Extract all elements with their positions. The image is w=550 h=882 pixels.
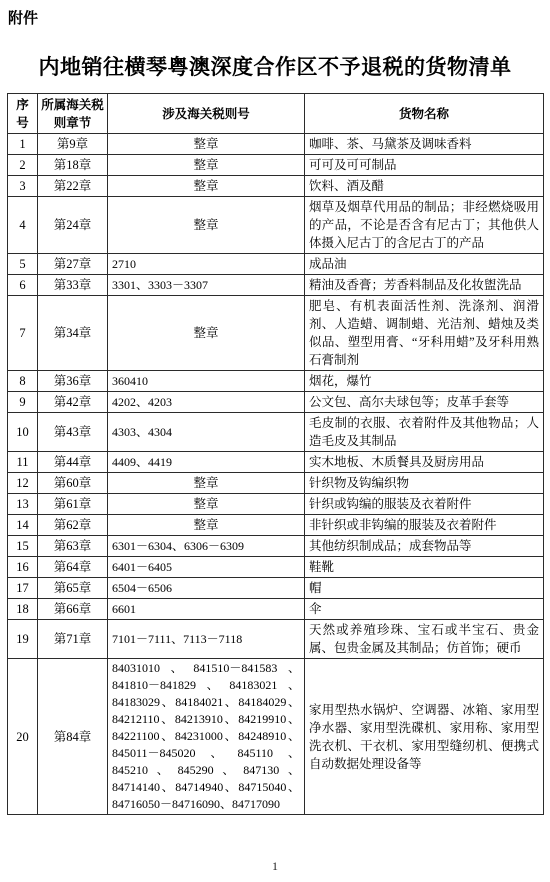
goods-cell: 公文包、高尔夫球包等；皮革手套等 bbox=[305, 392, 544, 413]
table-row: 7 第34章 整章 肥皂、有机表面活性剂、洗涤剂、润滑剂、人造蜡、调制蜡、光洁剂… bbox=[8, 296, 544, 371]
chapter-cell: 第18章 bbox=[38, 155, 108, 176]
table-row: 17 第65章 6504－6506 帽 bbox=[8, 578, 544, 599]
goods-cell: 烟草及烟草代用品的制品；非经燃烧吸用的产品，不论是否含有尼古丁；其他供人体摄入尼… bbox=[305, 197, 544, 254]
chapter-cell: 第84章 bbox=[38, 659, 108, 815]
chapter-cell: 第66章 bbox=[38, 599, 108, 620]
row-number-cell: 13 bbox=[8, 494, 38, 515]
codes-cell: 整章 bbox=[108, 494, 305, 515]
chapter-cell: 第27章 bbox=[38, 254, 108, 275]
table-row: 6 第33章 3301、3303－3307 精油及香膏；芳香料制品及化妆盥洗品 bbox=[8, 275, 544, 296]
row-number-cell: 17 bbox=[8, 578, 38, 599]
row-number-cell: 18 bbox=[8, 599, 38, 620]
codes-cell: 2710 bbox=[108, 254, 305, 275]
row-number-cell: 1 bbox=[8, 134, 38, 155]
goods-cell: 实木地板、木质餐具及厨房用品 bbox=[305, 452, 544, 473]
header-goods-name: 货物名称 bbox=[305, 94, 544, 134]
table-row: 9 第42章 4202、4203 公文包、高尔夫球包等；皮革手套等 bbox=[8, 392, 544, 413]
chapter-cell: 第24章 bbox=[38, 197, 108, 254]
chapter-cell: 第63章 bbox=[38, 536, 108, 557]
row-number-cell: 2 bbox=[8, 155, 38, 176]
table-header-row: 序号 所属海关税则章节 涉及海关税则号 货物名称 bbox=[8, 94, 544, 134]
table-row: 18 第66章 6601 伞 bbox=[8, 599, 544, 620]
codes-cell: 整章 bbox=[108, 155, 305, 176]
row-number-cell: 6 bbox=[8, 275, 38, 296]
goods-cell: 可可及可可制品 bbox=[305, 155, 544, 176]
row-number-cell: 19 bbox=[8, 620, 38, 659]
goods-cell: 针织物及钩编织物 bbox=[305, 473, 544, 494]
row-number-cell: 7 bbox=[8, 296, 38, 371]
table-row: 3 第22章 整章 饮料、酒及醋 bbox=[8, 176, 544, 197]
header-tariff-codes: 涉及海关税则号 bbox=[108, 94, 305, 134]
chapter-cell: 第60章 bbox=[38, 473, 108, 494]
goods-cell: 咖啡、茶、马黛茶及调味香料 bbox=[305, 134, 544, 155]
row-number-cell: 15 bbox=[8, 536, 38, 557]
codes-cell: 6504－6506 bbox=[108, 578, 305, 599]
chapter-cell: 第43章 bbox=[38, 413, 108, 452]
table-row: 8 第36章 360410 烟花，爆竹 bbox=[8, 371, 544, 392]
attachment-label: 附件 bbox=[8, 7, 38, 28]
chapter-cell: 第22章 bbox=[38, 176, 108, 197]
row-number-cell: 10 bbox=[8, 413, 38, 452]
chapter-cell: 第33章 bbox=[38, 275, 108, 296]
goods-cell: 家用型热水锅炉、空调器、冰箱、家用型净水器、家用型洗碟机、家用称、家用型洗衣机、… bbox=[305, 659, 544, 815]
row-number-cell: 16 bbox=[8, 557, 38, 578]
chapter-cell: 第65章 bbox=[38, 578, 108, 599]
table-row: 2 第18章 整章 可可及可可制品 bbox=[8, 155, 544, 176]
codes-cell: 整章 bbox=[108, 515, 305, 536]
chapter-cell: 第9章 bbox=[38, 134, 108, 155]
codes-cell: 360410 bbox=[108, 371, 305, 392]
goods-cell: 精油及香膏；芳香料制品及化妆盥洗品 bbox=[305, 275, 544, 296]
page-title: 内地销往横琴粤澳深度合作区不予退税的货物清单 bbox=[0, 51, 550, 81]
codes-cell: 整章 bbox=[108, 134, 305, 155]
page-number: 1 bbox=[0, 859, 550, 874]
goods-cell: 针织或钩编的服装及衣着附件 bbox=[305, 494, 544, 515]
row-number-cell: 20 bbox=[8, 659, 38, 815]
table-row: 14 第62章 整章 非针织或非钩编的服装及衣着附件 bbox=[8, 515, 544, 536]
goods-cell: 伞 bbox=[305, 599, 544, 620]
table-row: 10 第43章 4303、4304 毛皮制的衣服、衣着附件及其他物品；人造毛皮及… bbox=[8, 413, 544, 452]
goods-cell: 鞋靴 bbox=[305, 557, 544, 578]
chapter-cell: 第64章 bbox=[38, 557, 108, 578]
chapter-cell: 第71章 bbox=[38, 620, 108, 659]
header-customs-chapter: 所属海关税则章节 bbox=[38, 94, 108, 134]
row-number-cell: 3 bbox=[8, 176, 38, 197]
row-number-cell: 14 bbox=[8, 515, 38, 536]
goods-cell: 毛皮制的衣服、衣着附件及其他物品；人造毛皮及其制品 bbox=[305, 413, 544, 452]
row-number-cell: 4 bbox=[8, 197, 38, 254]
chapter-cell: 第34章 bbox=[38, 296, 108, 371]
row-number-cell: 8 bbox=[8, 371, 38, 392]
codes-cell: 整章 bbox=[108, 176, 305, 197]
codes-cell: 4303、4304 bbox=[108, 413, 305, 452]
codes-cell: 整章 bbox=[108, 197, 305, 254]
row-number-cell: 11 bbox=[8, 452, 38, 473]
codes-cell: 7101－7111、7113－7118 bbox=[108, 620, 305, 659]
goods-cell: 天然或养殖珍珠、宝石或半宝石、贵金属、包贵金属及其制品；仿首饰；硬币 bbox=[305, 620, 544, 659]
codes-cell: 整章 bbox=[108, 296, 305, 371]
document-page: 附件 内地销往横琴粤澳深度合作区不予退税的货物清单 序号 所属海关税则章节 涉及… bbox=[0, 0, 550, 882]
goods-cell: 成品油 bbox=[305, 254, 544, 275]
codes-cell: 4409、4419 bbox=[108, 452, 305, 473]
row-number-cell: 12 bbox=[8, 473, 38, 494]
chapter-cell: 第44章 bbox=[38, 452, 108, 473]
table-row: 5 第27章 2710 成品油 bbox=[8, 254, 544, 275]
codes-cell: 84031010、841510－841583、841810－841829、841… bbox=[108, 659, 305, 815]
table-row: 13 第61章 整章 针织或钩编的服装及衣着附件 bbox=[8, 494, 544, 515]
codes-cell: 6601 bbox=[108, 599, 305, 620]
table-row: 20 第84章 84031010、841510－841583、841810－84… bbox=[8, 659, 544, 815]
table-row: 19 第71章 7101－7111、7113－7118 天然或养殖珍珠、宝石或半… bbox=[8, 620, 544, 659]
chapter-cell: 第61章 bbox=[38, 494, 108, 515]
row-number-cell: 5 bbox=[8, 254, 38, 275]
table-row: 1 第9章 整章 咖啡、茶、马黛茶及调味香料 bbox=[8, 134, 544, 155]
table-row: 16 第64章 6401－6405 鞋靴 bbox=[8, 557, 544, 578]
goods-cell: 非针织或非钩编的服装及衣着附件 bbox=[305, 515, 544, 536]
goods-cell: 肥皂、有机表面活性剂、洗涤剂、润滑剂、人造蜡、调制蜡、光洁剂、蜡烛及类似品、塑型… bbox=[305, 296, 544, 371]
codes-cell: 6301－6304、6306－6309 bbox=[108, 536, 305, 557]
chapter-cell: 第62章 bbox=[38, 515, 108, 536]
codes-cell: 4202、4203 bbox=[108, 392, 305, 413]
table-row: 15 第63章 6301－6304、6306－6309 其他纺织制成品；成套物品… bbox=[8, 536, 544, 557]
row-number-cell: 9 bbox=[8, 392, 38, 413]
table-row: 12 第60章 整章 针织物及钩编织物 bbox=[8, 473, 544, 494]
goods-cell: 饮料、酒及醋 bbox=[305, 176, 544, 197]
codes-cell: 6401－6405 bbox=[108, 557, 305, 578]
table-row: 4 第24章 整章 烟草及烟草代用品的制品；非经燃烧吸用的产品，不论是否含有尼古… bbox=[8, 197, 544, 254]
goods-cell: 其他纺织制成品；成套物品等 bbox=[305, 536, 544, 557]
goods-cell: 烟花，爆竹 bbox=[305, 371, 544, 392]
chapter-cell: 第36章 bbox=[38, 371, 108, 392]
codes-cell: 3301、3303－3307 bbox=[108, 275, 305, 296]
header-serial-number: 序号 bbox=[8, 94, 38, 134]
table-row: 11 第44章 4409、4419 实木地板、木质餐具及厨房用品 bbox=[8, 452, 544, 473]
goods-cell: 帽 bbox=[305, 578, 544, 599]
chapter-cell: 第42章 bbox=[38, 392, 108, 413]
goods-table: 序号 所属海关税则章节 涉及海关税则号 货物名称 1 第9章 整章 咖啡、茶、马… bbox=[7, 93, 544, 815]
codes-cell: 整章 bbox=[108, 473, 305, 494]
